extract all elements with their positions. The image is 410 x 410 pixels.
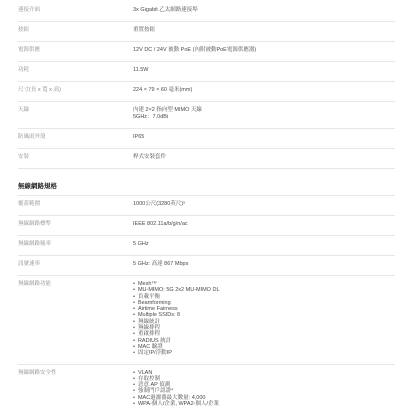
spec-row: 防風雨外殼IP65 [18, 129, 395, 149]
spec-row-value: 5 GHz [133, 241, 395, 248]
spec-row-value-list: Mesh™MU-MIMO: 5G 2x2 MU-MIMO DL負載平衡Beamf… [133, 281, 395, 357]
spec-row: 無線網路頻率5 GHz [18, 236, 395, 256]
value-line: 224 × 79 × 60 毫米(mm) [133, 87, 395, 94]
value-line: 內建 2×2 指向型 MIMO 天線 [133, 107, 395, 114]
spec-page: 連接介面3x Gigabit 乙太網路連接埠按鈕重置按鈕電源供應12V DC /… [0, 0, 410, 410]
spec-table: 連接介面3x Gigabit 乙太網路連接埠按鈕重置按鈕電源供應12V DC /… [18, 2, 395, 410]
spec-row: 天線內建 2×2 指向型 MIMO 天線5GHz：7.0dBi [18, 102, 395, 129]
spec-row-label: 無線網路頻率 [18, 241, 133, 248]
spec-row: 無線網路功能Mesh™MU-MIMO: 5G 2x2 MU-MIMO DL負載平… [18, 276, 395, 365]
spec-row-value: 11.5W [133, 67, 395, 74]
value-line: 3x Gigabit 乙太網路連接埠 [133, 7, 395, 14]
spec-row-label: 天線 [18, 107, 133, 114]
spec-row-label: 無線網路標準 [18, 221, 133, 228]
value-line: 12V DC / 24V 被動 PoE (內附被動PoE電源供應器) [133, 47, 395, 54]
spec-row: 連接介面3x Gigabit 乙太網路連接埠 [18, 2, 395, 22]
value-line: 5GHz：7.0dBi [133, 114, 395, 121]
spec-row-value: 1000公尺(3280英尺)⁵ [133, 201, 395, 208]
spec-row-value: 5 GHz: 高達 867 Mbps [133, 261, 395, 268]
spec-row-label: 尺寸(長 x 寬 x 高) [18, 87, 133, 94]
spec-row-label: 訊號速率 [18, 261, 133, 268]
spec-row-value: 224 × 79 × 60 毫米(mm) [133, 87, 395, 94]
spec-row: 按鈕重置按鈕 [18, 22, 395, 42]
spec-row: 電源供應12V DC / 24V 被動 PoE (內附被動PoE電源供應器) [18, 42, 395, 62]
spec-row-label: 防風雨外殼 [18, 134, 133, 141]
spec-row-label: 覆蓋範圍 [18, 201, 133, 208]
spec-row: 尺寸(長 x 寬 x 高)224 × 79 × 60 毫米(mm) [18, 82, 395, 102]
spec-row-value: 重置按鈕 [133, 27, 395, 34]
feature-list-item: WPA-個人/企業, WPA2-個人/企業 [133, 401, 395, 407]
value-line: 桿式安裝套件 [133, 154, 395, 161]
spec-row-label: 無線網路安全性 [18, 370, 133, 377]
spec-row-value-list: VLAN存取控制惡意 AP 偵測強制門戶認證⁴MAC過濾器最大數量: 4,000… [133, 370, 395, 408]
spec-row-label: 無線網路功能 [18, 281, 133, 288]
spec-row: 覆蓋範圍1000公尺(3280英尺)⁵ [18, 196, 395, 216]
spec-row-label: 連接介面 [18, 7, 133, 14]
spec-row: 無線網路標準IEEE 802.11a/b/g/n/ac [18, 216, 395, 236]
spec-row-label: 按鈕 [18, 27, 133, 34]
spec-row-value: 桿式安裝套件 [133, 154, 395, 161]
value-line: 11.5W [133, 67, 395, 74]
spec-row-label: 功耗 [18, 67, 133, 74]
value-line: 5 GHz: 高達 867 Mbps [133, 261, 395, 268]
value-line: 1000公尺(3280英尺)⁵ [133, 201, 395, 208]
spec-row-label: 電源供應 [18, 47, 133, 54]
value-line: IEEE 802.11a/b/g/n/ac [133, 221, 395, 228]
spec-row-value: 3x Gigabit 乙太網路連接埠 [133, 7, 395, 14]
value-line: 重置按鈕 [133, 27, 395, 34]
spec-row-value: 內建 2×2 指向型 MIMO 天線5GHz：7.0dBi [133, 107, 395, 121]
spec-row-value: IP65 [133, 134, 395, 141]
spec-row-value: IEEE 802.11a/b/g/n/ac [133, 221, 395, 228]
value-line: 5 GHz [133, 241, 395, 248]
spec-row: 功耗11.5W [18, 62, 395, 82]
feature-list-item: 固定IP/浮動IP [133, 350, 395, 356]
spec-row-label: 安裝 [18, 154, 133, 161]
spec-row: 訊號速率5 GHz: 高達 867 Mbps [18, 256, 395, 276]
spec-row: 安裝桿式安裝套件 [18, 149, 395, 169]
spec-row: 無線網路安全性VLAN存取控制惡意 AP 偵測強制門戶認證⁴MAC過濾器最大數量… [18, 365, 395, 410]
value-line: IP65 [133, 134, 395, 141]
section-title: 無線網路規格 [18, 173, 395, 196]
spec-row-value: 12V DC / 24V 被動 PoE (內附被動PoE電源供應器) [133, 47, 395, 54]
